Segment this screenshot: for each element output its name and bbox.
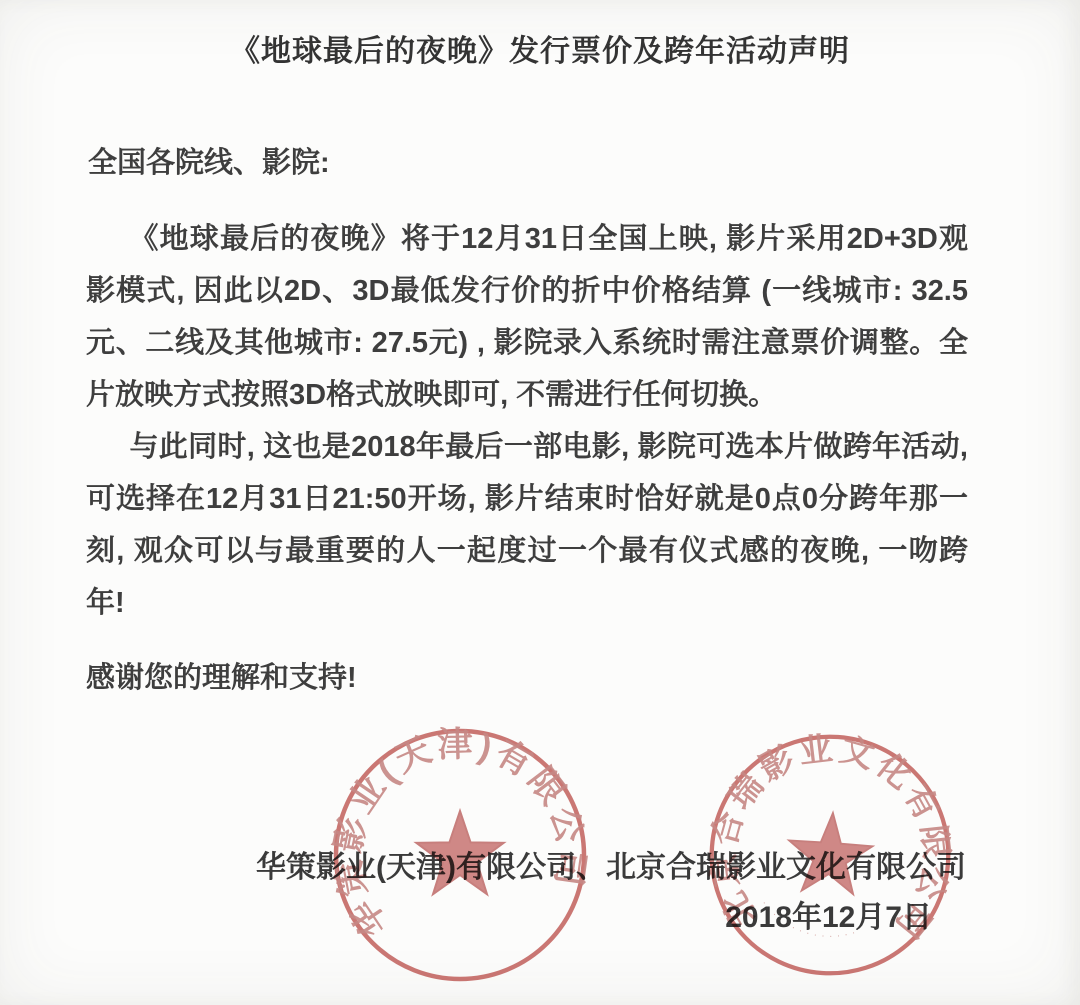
salutation-line: 全国各院线、影院:	[88, 140, 1080, 181]
signature-date: 2018年12月7日	[725, 892, 932, 936]
document-title: 《地球最后的夜晚》发行票价及跨年活动声明	[0, 0, 1080, 70]
closing-line: 感谢您的理解和支持!	[86, 655, 1080, 696]
paragraph-new-year-event: 与此同时, 这也是2018年最后一部电影, 影院可选本片做跨年活动, 可选择在1…	[86, 421, 968, 629]
signature-companies: 华策影业(天津)有限公司、北京合瑞影业文化有限公司	[256, 842, 966, 886]
statement-document: 《地球最后的夜晚》发行票价及跨年活动声明 全国各院线、影院: 《地球最后的夜晚》…	[0, 0, 1080, 1005]
seal-company-arc-text: 华策影业(天津)有限公司	[330, 725, 590, 943]
paragraph-pricing: 《地球最后的夜晚》将于12月31日全国上映, 影片采用2D+3D观影模式, 因此…	[86, 213, 968, 421]
document-body: 《地球最后的夜晚》将于12月31日全国上映, 影片采用2D+3D观影模式, 因此…	[86, 213, 968, 629]
